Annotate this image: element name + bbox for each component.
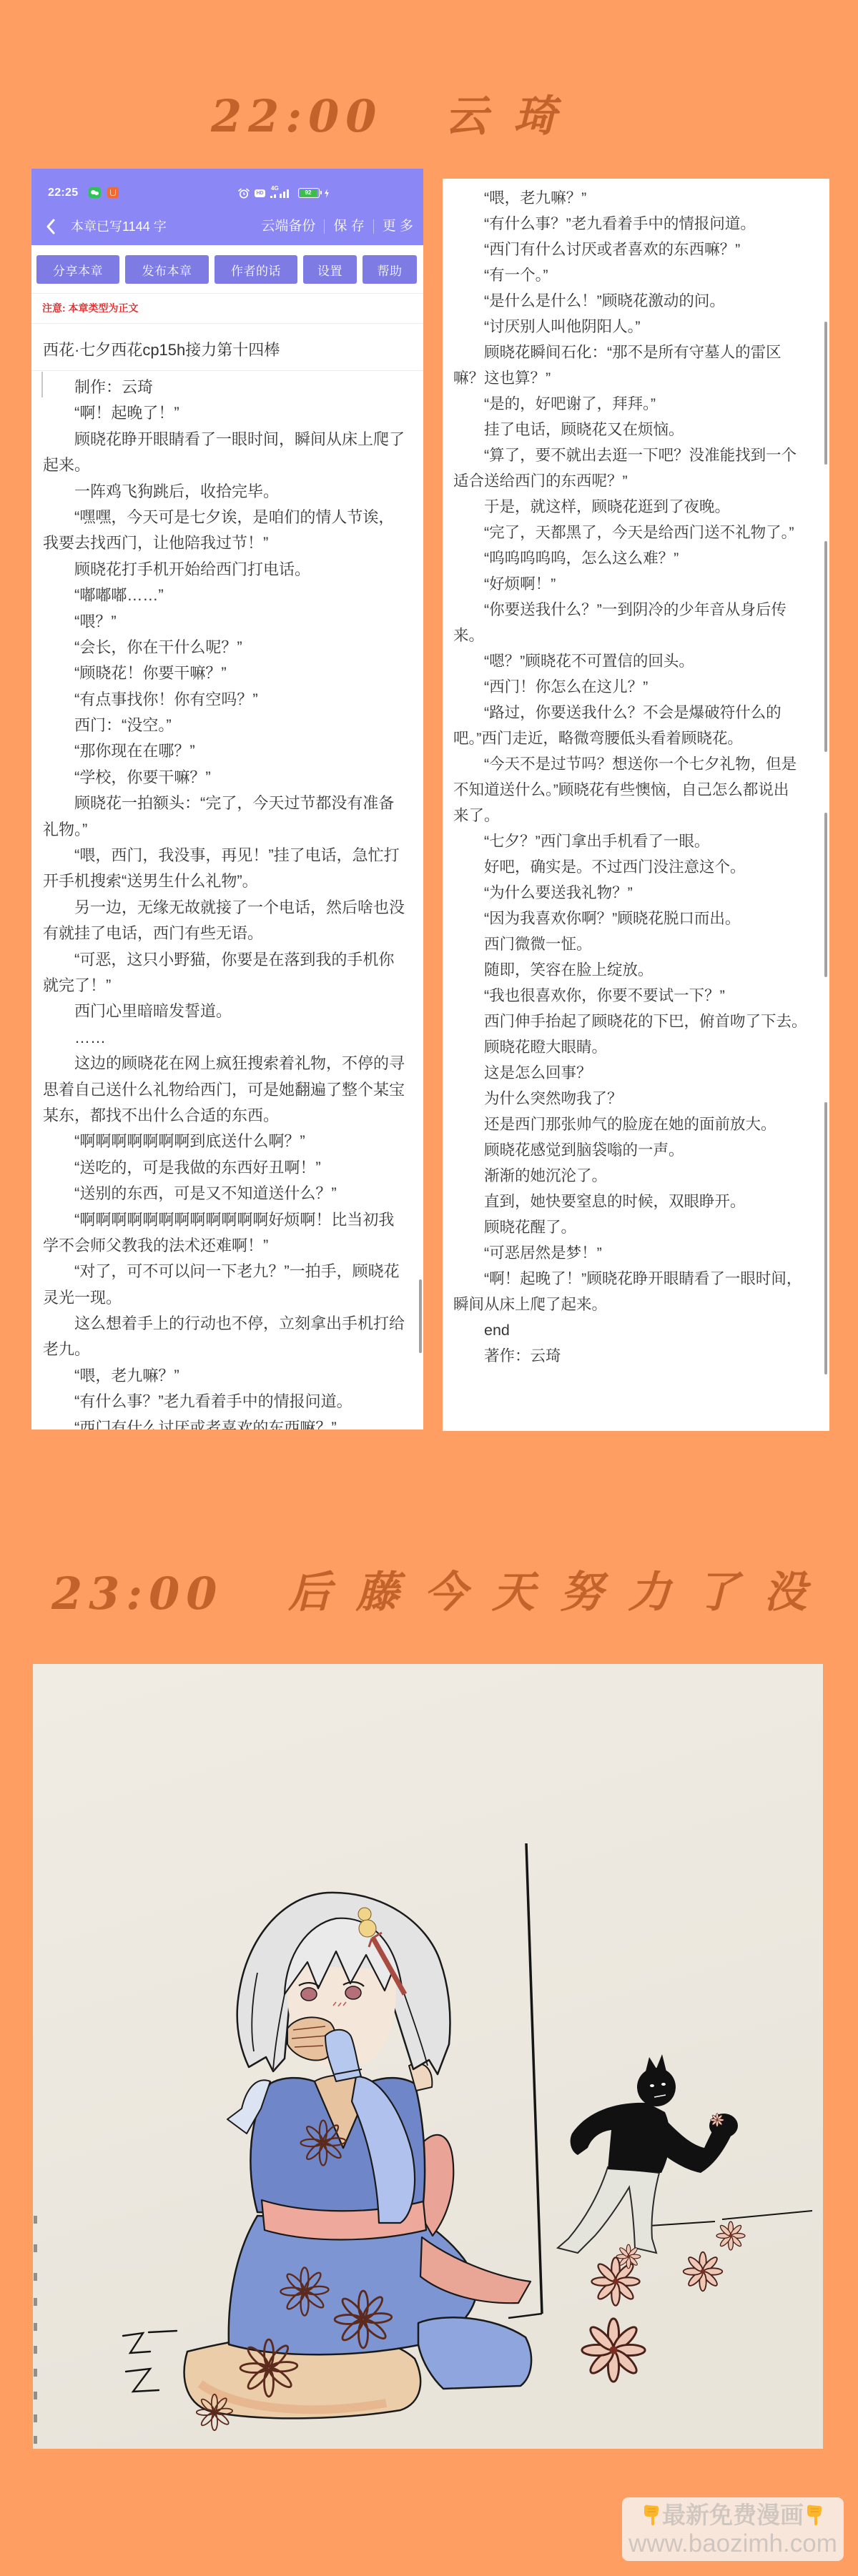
text-line: 不知道送什么。”顾晓花有些懊恼，自己怎么都说出 bbox=[453, 777, 811, 803]
text-line: 灵光一现。 bbox=[43, 1285, 408, 1311]
text-line: 吧。”西门走近，略微弯腰低头看着顾晓花。 bbox=[453, 725, 811, 751]
text-line: “你要送我什么？”一到阴冷的少年音从身后传 bbox=[453, 597, 811, 623]
text-line: 另一边，无缘无故就接了一个电话，然后啥也没 bbox=[43, 895, 408, 921]
text-line: “送别的东西，可是又不知道送什么？” bbox=[43, 1181, 408, 1207]
text-line: “那你现在在哪？” bbox=[43, 738, 408, 764]
text-line: “今天不是过节吗？想送你一个七夕礼物，但是 bbox=[453, 751, 811, 777]
text-line: “学校，你要干嘛？” bbox=[43, 765, 408, 791]
section-author: 后藤今天努力了没 bbox=[288, 1571, 832, 1614]
text-line: “有什么事？”老九看着手中的情报问道。 bbox=[43, 1389, 408, 1415]
text-line: 我要去找西门，让他陪我过节！” bbox=[43, 530, 408, 556]
text-line: 随即，笑容在脸上绽放。 bbox=[453, 957, 811, 983]
text-line: 制作：云琦 bbox=[43, 375, 408, 400]
text-line: “七夕？”西门拿出手机看了一眼。 bbox=[453, 828, 811, 854]
chapter-body-text: “喂，老九嘛？”“有什么事？”老九看着手中的情报问道。“西门有什么讨厌或者喜欢的… bbox=[453, 185, 811, 1369]
text-line: 嘛？这也算？” bbox=[453, 365, 811, 391]
scrollbar-thumb[interactable] bbox=[824, 813, 827, 977]
text-line: 适合送给西门的东西呢？” bbox=[453, 468, 811, 494]
text-line: 挂了电话，顾晓花又在烦恼。 bbox=[453, 417, 811, 442]
text-line: “嘟嘟嘟……” bbox=[43, 583, 408, 608]
text-line: “嘿嘿，今天可是七夕诶，是咱们的情人节诶， bbox=[43, 505, 408, 530]
section-time: 22:00 bbox=[211, 94, 383, 139]
section-time: 23:00 bbox=[51, 1572, 223, 1616]
text-line: 有就挂了电话，西门有些无语。 bbox=[43, 921, 408, 946]
text-line: “会长，你在干什么呢？” bbox=[43, 635, 408, 660]
text-line: “啊！起晚了！”顾晓花睁开眼睛看了一眼时间， bbox=[453, 1266, 811, 1292]
chapter-body-text: 制作：云琦“啊！起晚了！”顾晓花睁开眼睛看了一眼时间，瞬间从床上爬了起来。一阵鸡… bbox=[43, 375, 408, 1430]
watermark-url: www.baozimh.com bbox=[622, 2530, 844, 2558]
writing-app-screenshot-continued: “喂，老九嘛？”“有什么事？”老九看着手中的情报问道。“西门有什么讨厌或者喜欢的… bbox=[443, 179, 829, 1431]
scrollbar-thumb[interactable] bbox=[419, 1279, 422, 1353]
text-line: “完了，天都黑了，今天是给西门送不礼物了。” bbox=[453, 520, 811, 545]
text-line: “顾晓花！你要干嘛？” bbox=[43, 660, 408, 686]
chapter-editor[interactable]: “喂，老九嘛？”“有什么事？”老九看着手中的情报问道。“西门有什么讨厌或者喜欢的… bbox=[443, 179, 829, 1431]
text-line: “喂，老九嘛？” bbox=[43, 1363, 408, 1389]
text-line: “送吃的，可是我做的东西好丑啊！” bbox=[43, 1155, 408, 1181]
text-line: “西门！你怎么在这儿？” bbox=[453, 674, 811, 700]
text-line: 开手机搜索“送男生什么礼物”。 bbox=[43, 868, 408, 894]
text-line: “有点事找你！你有空吗？” bbox=[43, 687, 408, 713]
text-line: “喂，老九嘛？” bbox=[453, 185, 811, 211]
text-line: …… bbox=[43, 1025, 408, 1051]
scrollbar-thumb[interactable] bbox=[824, 1102, 827, 1374]
text-line: end bbox=[453, 1317, 811, 1343]
text-line: 顾晓花瞬间石化：“那不是所有守墓人的雷区 bbox=[453, 340, 811, 365]
text-line: “因为我喜欢你啊？”顾晓花脱口而出。 bbox=[453, 906, 811, 931]
text-line: 顾晓花打手机开始给西门打电话。 bbox=[43, 557, 408, 583]
watermark-line1: 最新免费漫画 bbox=[662, 2501, 804, 2530]
text-line: 西门：“没空。” bbox=[43, 713, 408, 738]
text-line: “西门有什么讨厌或者喜欢的东西嘛？” bbox=[43, 1415, 408, 1430]
text-line: 来了。 bbox=[453, 803, 811, 828]
watermark-headline: 最新免费漫画 bbox=[622, 2501, 844, 2530]
text-line: “是什么是什么！”顾晓花激动的问。 bbox=[453, 288, 811, 314]
text-line: 起来。 bbox=[43, 452, 408, 478]
text-line: 顾晓花睁开眼睛看了一眼时间，瞬间从床上爬了 bbox=[43, 427, 408, 452]
text-line: 好吧，确实是。不过西门没注意这个。 bbox=[453, 854, 811, 880]
text-line: “路过，你要送我什么？不会是爆破符什么的 bbox=[453, 700, 811, 725]
site-watermark: 最新免费漫画 www.baozimh.com bbox=[622, 2497, 844, 2561]
text-line: “是的，好吧谢了，拜拜。” bbox=[453, 391, 811, 417]
text-line: “好烦啊！” bbox=[453, 571, 811, 597]
text-line: 顾晓花瞪大眼睛。 bbox=[453, 1034, 811, 1060]
text-line: “啊！起晚了！” bbox=[43, 400, 408, 426]
text-line: 学不会师父教我的法术还难啊！” bbox=[43, 1233, 408, 1259]
text-line: 西门伸手抬起了顾晓花的下巴，俯首吻了下去。 bbox=[453, 1009, 811, 1034]
text-line: 这么想着手上的行动也不停，立刻拿出手机打给 bbox=[43, 1311, 408, 1337]
text-line: “有一个。” bbox=[453, 262, 811, 288]
text-line: “嗯？”顾晓花不可置信的回头。 bbox=[453, 648, 811, 674]
text-line: 还是西门那张帅气的脸庞在她的面前放大。 bbox=[453, 1111, 811, 1137]
text-line: 渐渐的她沉沦了。 bbox=[453, 1163, 811, 1189]
text-line: 一阵鸡飞狗跳后，收拾完毕。 bbox=[43, 479, 408, 505]
text-line: “讨厌别人叫他阴阳人。” bbox=[453, 314, 811, 340]
text-line: “啊啊啊啊啊啊啊啊啊啊啊啊好烦啊！比当初我 bbox=[43, 1207, 408, 1233]
section-author: 云琦 bbox=[445, 95, 582, 138]
section-header-2300: 23:00 后藤今天努力了没 bbox=[0, 0, 858, 1]
chapter-editor[interactable]: 制作：云琦“啊！起晚了！”顾晓花睁开眼睛看了一眼时间，瞬间从床上爬了起来。一阵鸡… bbox=[31, 169, 423, 1430]
text-line: 就完了！” bbox=[43, 973, 408, 999]
text-line: 顾晓花感觉到脑袋嗡的一声。 bbox=[453, 1137, 811, 1163]
text-line: 思着自己送什么礼物给西门，可是她翻遍了整个某宝 bbox=[43, 1077, 408, 1103]
pointing-down-icon bbox=[805, 2505, 824, 2526]
text-line: 瞬间从床上爬了起来。 bbox=[453, 1292, 811, 1317]
text-line: “算了，要不就出去逛一下吧？没准能找到一个 bbox=[453, 442, 811, 468]
text-line: 这是怎么回事？ bbox=[453, 1060, 811, 1086]
text-line: “西门有什么讨厌或者喜欢的东西嘛？” bbox=[453, 237, 811, 262]
text-line: “喂，西门，我没事，再见！”挂了电话，急忙打 bbox=[43, 843, 408, 868]
text-line: 礼物。” bbox=[43, 817, 408, 843]
pointing-down-icon bbox=[642, 2505, 661, 2526]
scrollbar-thumb[interactable] bbox=[824, 322, 827, 465]
text-line: 著作：云琦 bbox=[453, 1343, 811, 1369]
text-line: “可恶，这只小野猫，你要是在落到我的手机你 bbox=[43, 947, 408, 973]
scrollbar-thumb[interactable] bbox=[824, 541, 827, 752]
text-line: “喂？” bbox=[43, 609, 408, 635]
text-line: 于是，就这样，顾晓花逛到了夜晚。 bbox=[453, 494, 811, 520]
text-line: 顾晓花一拍额头：“完了，今天过节都没有准备 bbox=[43, 791, 408, 816]
text-line: 顾晓花醒了。 bbox=[453, 1214, 811, 1240]
text-line: 来。 bbox=[453, 623, 811, 648]
text-line: 为什么突然吻我了？ bbox=[453, 1086, 811, 1111]
text-line: “为什么要送我礼物？” bbox=[453, 880, 811, 906]
text-line: 这边的顾晓花在网上疯狂搜索着礼物，不停的寻 bbox=[43, 1051, 408, 1076]
text-line: 西门心里暗暗发誓道。 bbox=[43, 999, 408, 1024]
writing-app-screenshot: 22:25 HD 4G 92 本章已写1144 字 云端备份 保 存 更 多 分… bbox=[31, 169, 423, 1430]
text-line: 某东，都找不出什么合适的东西。 bbox=[43, 1103, 408, 1129]
illustration bbox=[33, 1664, 823, 2449]
text-line: “啊啊啊啊啊啊啊到底送什么啊？” bbox=[43, 1129, 408, 1154]
text-line: “可恶居然是梦！” bbox=[453, 1240, 811, 1266]
text-line: “有什么事？”老九看着手中的情报问道。 bbox=[453, 211, 811, 237]
text-line: “呜呜呜呜呜，怎么这么难？” bbox=[453, 545, 811, 571]
text-line: 老九。 bbox=[43, 1337, 408, 1362]
text-line: “对了，可不可以问一下老九？”一拍手，顾晓花 bbox=[43, 1259, 408, 1284]
text-line: “我也很喜欢你，你要不要试一下？” bbox=[453, 983, 811, 1009]
text-line: 直到，她快要窒息的时候，双眼睁开。 bbox=[453, 1189, 811, 1214]
text-line: 西门微微一怔。 bbox=[453, 931, 811, 957]
